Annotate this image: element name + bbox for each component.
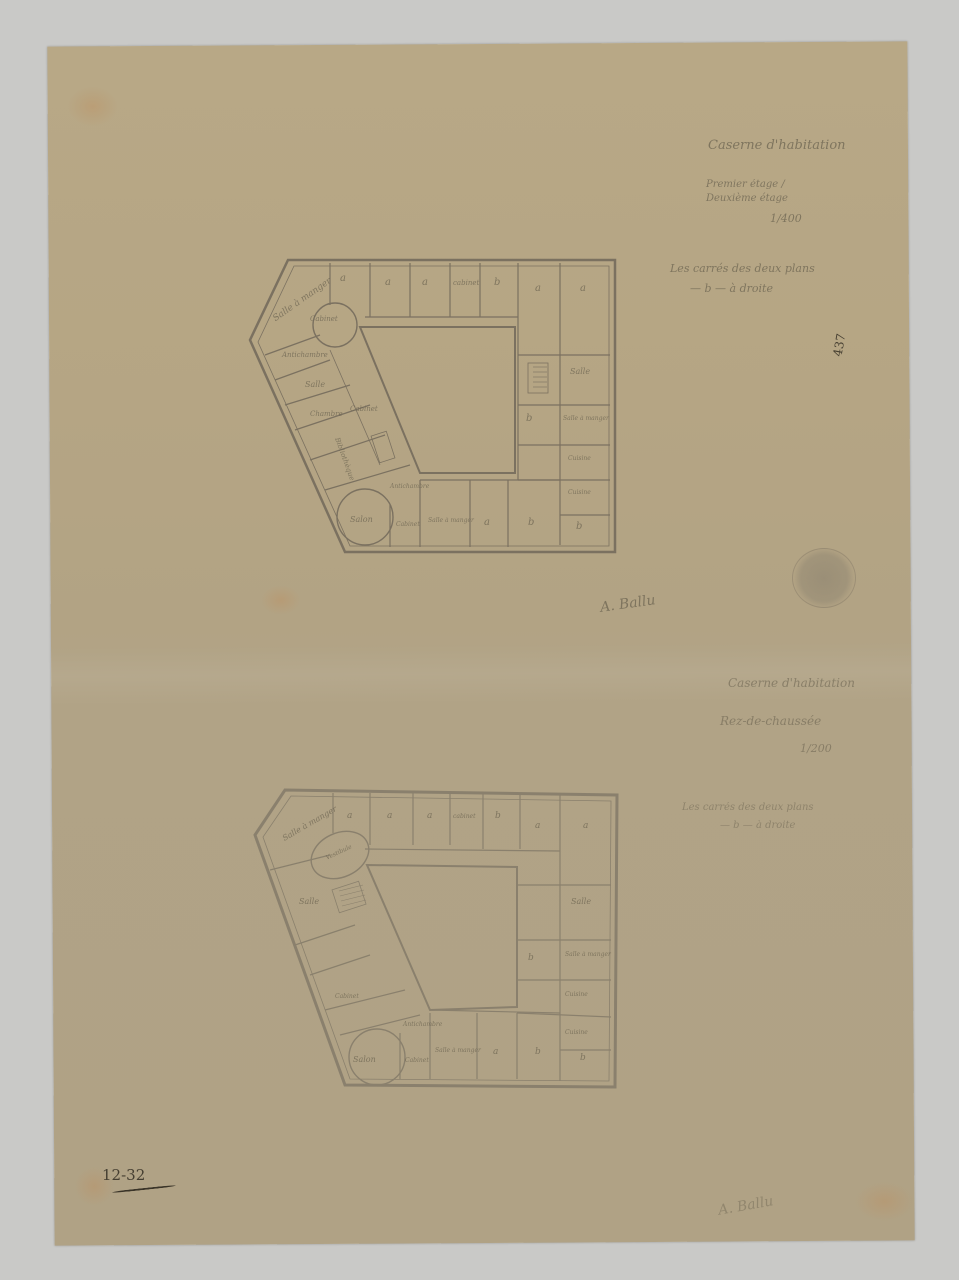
room-label: b (535, 1047, 541, 1057)
lower-floor-plan: Salle à manger a a a cabinet b a a Vesti… (255, 785, 620, 1094)
room-label: Cuisine (565, 1029, 588, 1036)
fold-line (51, 641, 911, 706)
room-label: Cuisine (565, 991, 588, 998)
upper-floor-plan: Salle à manger a a a cabinet b a a Antic… (250, 255, 620, 559)
upper-caption-title: Caserne d'habitation (708, 138, 846, 153)
room-label: Salle (570, 367, 590, 376)
room-label: Cabinet (405, 1057, 429, 1064)
room-label: b (528, 517, 534, 528)
room-label: b (576, 521, 582, 532)
room-label: Antichambre (403, 1021, 442, 1028)
room-label: Chambre (310, 410, 343, 418)
room-label: Antichambre (390, 483, 429, 490)
room-label: Salon (353, 1055, 376, 1064)
room-label: a (583, 821, 588, 831)
lower-plan-drawing (255, 785, 620, 1090)
lower-caption-note-2: — b — à droite (720, 820, 795, 831)
room-label: Cabinet (396, 521, 420, 528)
upper-caption-scale: 1/400 (770, 212, 802, 225)
room-label: Cabinet (310, 315, 338, 323)
room-label: Salle à manger (435, 1047, 481, 1054)
room-label: Cabinet (350, 405, 378, 413)
stain (261, 585, 301, 615)
lower-caption-floor: Rez-de-chaussée (720, 714, 821, 728)
room-label: a (580, 283, 586, 294)
room-label: a (427, 811, 432, 821)
room-label: Salle à manger (565, 951, 611, 958)
room-label: Cabinet (335, 993, 359, 1000)
room-label: a (535, 283, 541, 294)
room-label: cabinet (453, 279, 479, 287)
room-label: Salle à manger (428, 517, 474, 524)
lower-caption-title: Caserne d'habitation (728, 676, 855, 690)
room-label: b (495, 811, 501, 821)
room-label: b (494, 277, 500, 288)
room-label: a (347, 811, 352, 821)
inventory-number: 12-32 (102, 1166, 145, 1184)
room-label: Salle (571, 897, 591, 906)
room-label: a (493, 1047, 498, 1057)
upper-caption-note-2: — b — à droite (690, 282, 773, 295)
archive-stamp (792, 548, 856, 608)
room-label: Cuisine (568, 489, 591, 496)
lower-caption-scale: 1/200 (800, 742, 832, 755)
room-label: Salle (305, 380, 325, 389)
stain (854, 1181, 914, 1221)
stain (68, 86, 118, 126)
room-label: a (535, 821, 540, 831)
room-label: b (528, 953, 534, 963)
room-label: a (422, 277, 428, 288)
room-label: Salon (350, 515, 373, 524)
upper-caption-floor: Premier étage / Deuxième étage (706, 178, 816, 206)
room-label: a (387, 811, 392, 821)
room-label: Antichambre (282, 351, 328, 359)
room-label: a (484, 517, 490, 528)
room-label: b (580, 1053, 586, 1063)
lower-caption-note-1: Les carrés des deux plans (682, 802, 814, 813)
room-label: Salle à manger (563, 415, 609, 422)
room-label: Salle (299, 897, 319, 906)
room-label: a (385, 277, 391, 288)
room-label: a (340, 273, 346, 284)
room-label: b (526, 413, 532, 424)
room-label: Cuisine (568, 455, 591, 462)
room-label: cabinet (453, 813, 476, 820)
upper-caption-note-1: Les carrés des deux plans (670, 262, 815, 275)
